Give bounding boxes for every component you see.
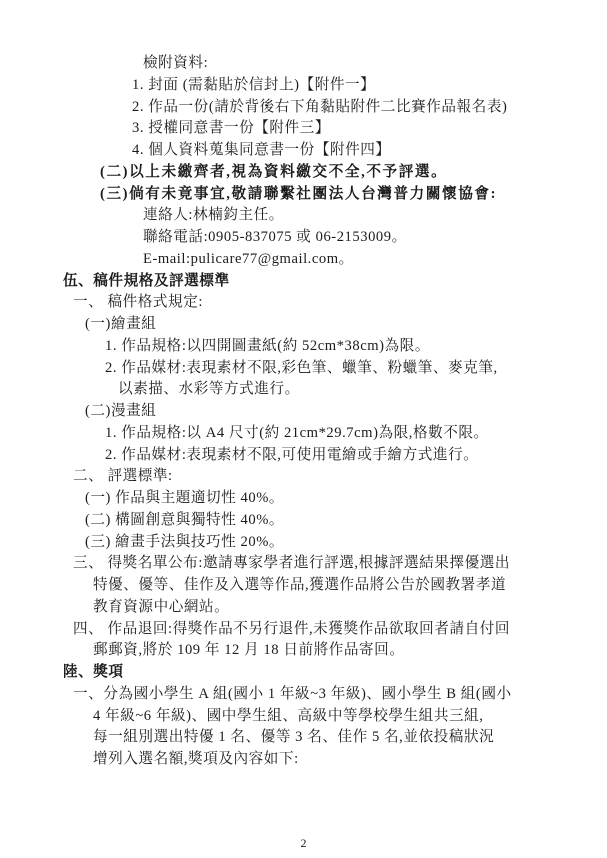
doc-line: 一、分為國小學生 A 組(國小 1 年級~3 年級)、國小學生 B 組(國小: [73, 684, 563, 706]
doc-line: 郵郵資,將於 109 年 12 月 18 日前將作品寄回。: [93, 640, 563, 662]
doc-line: 特優、優等、佳作及入選等作品,獲選作品將公告於國教署孝道: [93, 575, 563, 597]
doc-line: 檢附資料:: [143, 53, 563, 75]
doc-line: 2. 作品媒材:表現素材不限,可使用電繪或手繪方式進行。: [105, 445, 563, 467]
doc-line: 連絡人:林楠鈞主任。: [143, 205, 563, 227]
doc-line: 3. 授權同意書一份【附件三】: [132, 118, 563, 140]
doc-line: (一)繪畫組: [85, 314, 563, 336]
doc-line: 二、 評選標準:: [73, 466, 563, 488]
doc-line: 每一組別選出特優 1 名、優等 3 名、佳作 5 名,並依投稿狀況: [93, 727, 563, 749]
doc-line: 四、 作品退回:得獎作品不另行退件,未獲獎作品欲取回者請自付回: [73, 619, 563, 641]
document-page: 檢附資料:1. 封面 (需黏貼於信封上)【附件一】2. 作品一份(請於背後右下角…: [0, 0, 607, 858]
page-number: 2: [0, 836, 607, 850]
doc-line: E-mail:pulicare77@gmail.com。: [143, 249, 563, 271]
doc-line: (三) 繪畫手法與技巧性 20%。: [85, 532, 563, 554]
doc-line: 4. 個人資料蒐集同意書一份【附件四】: [132, 140, 563, 162]
document-body: 檢附資料:1. 封面 (需黏貼於信封上)【附件一】2. 作品一份(請於背後右下角…: [63, 53, 563, 771]
doc-line: 伍、稿件規格及評選標準: [63, 271, 563, 293]
doc-line: 2. 作品媒材:表現素材不限,彩色筆、蠟筆、粉蠟筆、麥克筆,: [105, 358, 563, 380]
doc-line: (二)以上未繳齊者,視為資料繳交不全,不予評選。: [100, 162, 563, 184]
doc-line: (三)倘有未竟事宜,敬請聯繫社團法人台灣普力關懷協會:: [100, 184, 563, 206]
doc-line: 一、 稿件格式規定:: [73, 292, 563, 314]
doc-line: 1. 作品規格:以四開圖畫紙(約 52cm*38cm)為限。: [105, 336, 563, 358]
doc-line: 以素描、水彩等方式進行。: [118, 379, 563, 401]
doc-line: 1. 封面 (需黏貼於信封上)【附件一】: [132, 75, 563, 97]
doc-line: 教育資源中心網站。: [93, 597, 563, 619]
doc-line: 2. 作品一份(請於背後右下角黏貼附件二比賽作品報名表): [132, 97, 563, 119]
doc-line: 4 年級~6 年級)、國中學生組、高級中等學校學生組共三組,: [93, 706, 563, 728]
doc-line: (二) 構圖創意與獨特性 40%。: [85, 510, 563, 532]
doc-line: (二)漫畫組: [85, 401, 563, 423]
doc-line: 三、 得獎名單公布:邀請專家學者進行評選,根據評選結果擇優選出: [73, 553, 563, 575]
doc-line: 陸、獎項: [63, 662, 563, 684]
doc-line: (一) 作品與主題適切性 40%。: [85, 488, 563, 510]
doc-line: 增列入選名額,獎項及內容如下:: [93, 749, 563, 771]
doc-line: 聯絡電話:0905-837075 或 06-2153009。: [143, 227, 563, 249]
doc-line: 1. 作品規格:以 A4 尺寸(約 21cm*29.7cm)為限,格數不限。: [105, 423, 563, 445]
